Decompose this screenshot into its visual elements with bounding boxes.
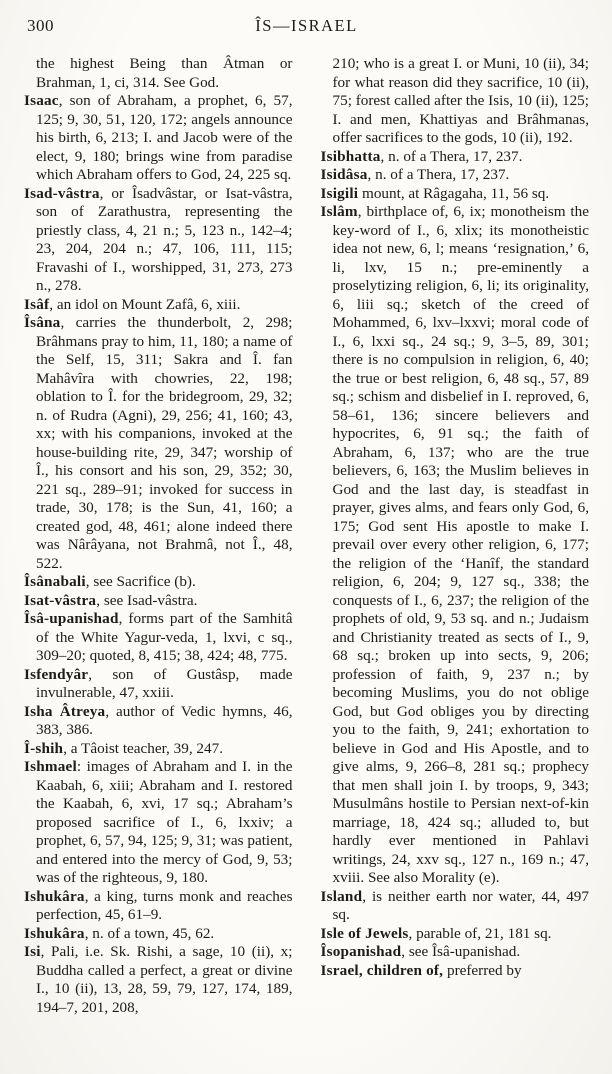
book-page: 300 ÎS—ISRAEL the highest Being than Âtm… (0, 0, 612, 1074)
index-entry: Isat-vâstra, see Isad-vâstra. (24, 592, 293, 611)
index-entry: Isfendyâr, son of Gustâsp, made invulner… (24, 666, 293, 703)
index-entry: Islâm, birthplace of, 6, ix; monotheism … (321, 203, 590, 888)
index-entry: Îsâna, carries the thunderbolt, 2, 298; … (24, 314, 293, 573)
index-entry: Îsâ-upanishad, forms part of the Samhitâ… (24, 610, 293, 666)
entry-headword: Îsânabali (24, 573, 86, 590)
entry-text: 210; who is a great I. or Muni, 10 (ii),… (333, 55, 590, 146)
entry-headword: Ishmael (24, 758, 77, 775)
entry-text: , n. of a town, 45, 62. (85, 925, 215, 942)
index-entry: Ishukâra, a king, turns monk and reaches… (24, 888, 293, 925)
entry-text: , birthplace of, 6, ix; monotheism the k… (333, 203, 590, 886)
index-entry: Isaac, son of Abraham, a prophet, 6, 57,… (24, 92, 293, 185)
index-entry: Ishukâra, n. of a town, 45, 62. (24, 925, 293, 944)
index-entry: Isha Âtreya, author of Vedic hymns, 46, … (24, 703, 293, 740)
entry-headword: Î-shih (24, 740, 63, 757)
entry-text: , see Sacrifice (b). (86, 573, 196, 590)
index-entry: Isigili mount, at Râgagaha, 11, 56 sq. (321, 185, 590, 204)
entry-text: preferred by (443, 962, 521, 979)
index-columns: the highest Being than Âtman or Brahman,… (24, 55, 589, 1017)
right-column: 210; who is a great I. or Muni, 10 (ii),… (321, 55, 590, 1017)
entry-text: , n. of a Thera, 17, 237. (381, 148, 523, 165)
entry-headword: Ishukâra (24, 888, 85, 905)
index-entry: Isi, Pali, i.e. Sk. Rishi, a sage, 10 (i… (24, 943, 293, 1017)
entry-text: , parable of, 21, 181 sq. (409, 925, 552, 942)
entry-text: , n. of a Thera, 17, 237. (368, 166, 510, 183)
index-entry: Isidâsa, n. of a Thera, 17, 237. (321, 166, 590, 185)
entry-headword: Isat-vâstra (24, 592, 96, 609)
page-header: 300 ÎS—ISRAEL (24, 15, 589, 39)
entry-text: mount, at Râgagaha, 11, 56 sq. (358, 185, 549, 202)
entry-text: , Pali, i.e. Sk. Rishi, a sage, 10 (ii),… (36, 943, 293, 1016)
entry-headword: Isle of Jewels (321, 925, 409, 942)
index-entry: Isâf, an idol on Mount Zafâ, 6, xiii. (24, 296, 293, 315)
entry-headword: Israel, children of, (321, 962, 444, 979)
entry-text: : images of Abraham and I. in the Kaabah… (36, 758, 293, 886)
entry-headword: Îsâ-upanishad (24, 610, 119, 627)
entry-text: the highest Being than Âtman or Brahman,… (36, 55, 293, 91)
entry-headword: Îsopanishad (321, 943, 402, 960)
entry-text: , son of Abraham, a prophet, 6, 57, 125;… (36, 92, 293, 183)
index-entry: the highest Being than Âtman or Brahman,… (24, 55, 293, 92)
entry-text: , a Tâoist teacher, 39, 247. (63, 740, 223, 757)
index-entry: Israel, children of, preferred by (321, 962, 590, 981)
entry-headword: Isâf (24, 296, 49, 313)
entry-text: , see Isad-vâstra. (96, 592, 197, 609)
index-entry: Isibhatta, n. of a Thera, 17, 237. (321, 148, 590, 167)
entry-headword: Isibhatta (321, 148, 381, 165)
entry-headword: Îsâna (24, 314, 60, 331)
index-entry: Island, is neither earth nor water, 44, … (321, 888, 590, 925)
index-entry: Îsânabali, see Sacrifice (b). (24, 573, 293, 592)
left-column: the highest Being than Âtman or Brahman,… (24, 55, 293, 1017)
entry-text: , carries the thunderbolt, 2, 298; Brâhm… (36, 314, 293, 572)
index-entry: Isle of Jewels, parable of, 21, 181 sq. (321, 925, 590, 944)
entry-headword: Island (321, 888, 363, 905)
entry-text: , see Îsâ-upanishad. (401, 943, 520, 960)
index-entry: 210; who is a great I. or Muni, 10 (ii),… (321, 55, 590, 148)
entry-text: , is neither earth nor water, 44, 497 sq… (333, 888, 590, 924)
index-entry: Ishmael: images of Abraham and I. in the… (24, 758, 293, 888)
index-entry: Îsopanishad, see Îsâ-upanishad. (321, 943, 590, 962)
entry-headword: Isidâsa (321, 166, 368, 183)
entry-headword: Isaac (24, 92, 59, 109)
index-entry: Î-shih, a Tâoist teacher, 39, 247. (24, 740, 293, 759)
entry-headword: Isfendyâr (24, 666, 88, 683)
entry-headword: Islâm (321, 203, 358, 220)
entry-headword: Isi (24, 943, 41, 960)
page-number: 300 (27, 16, 54, 36)
entry-headword: Ishukâra (24, 925, 85, 942)
entry-headword: Isad-vâstra (24, 185, 100, 202)
entry-text: , an idol on Mount Zafâ, 6, xiii. (49, 296, 240, 313)
running-head: ÎS—ISRAEL (24, 15, 589, 36)
entry-headword: Isha Âtreya (24, 703, 105, 720)
entry-headword: Isigili (321, 185, 359, 202)
index-entry: Isad-vâstra, or Îsadvâstar, or Isat-vâst… (24, 185, 293, 296)
